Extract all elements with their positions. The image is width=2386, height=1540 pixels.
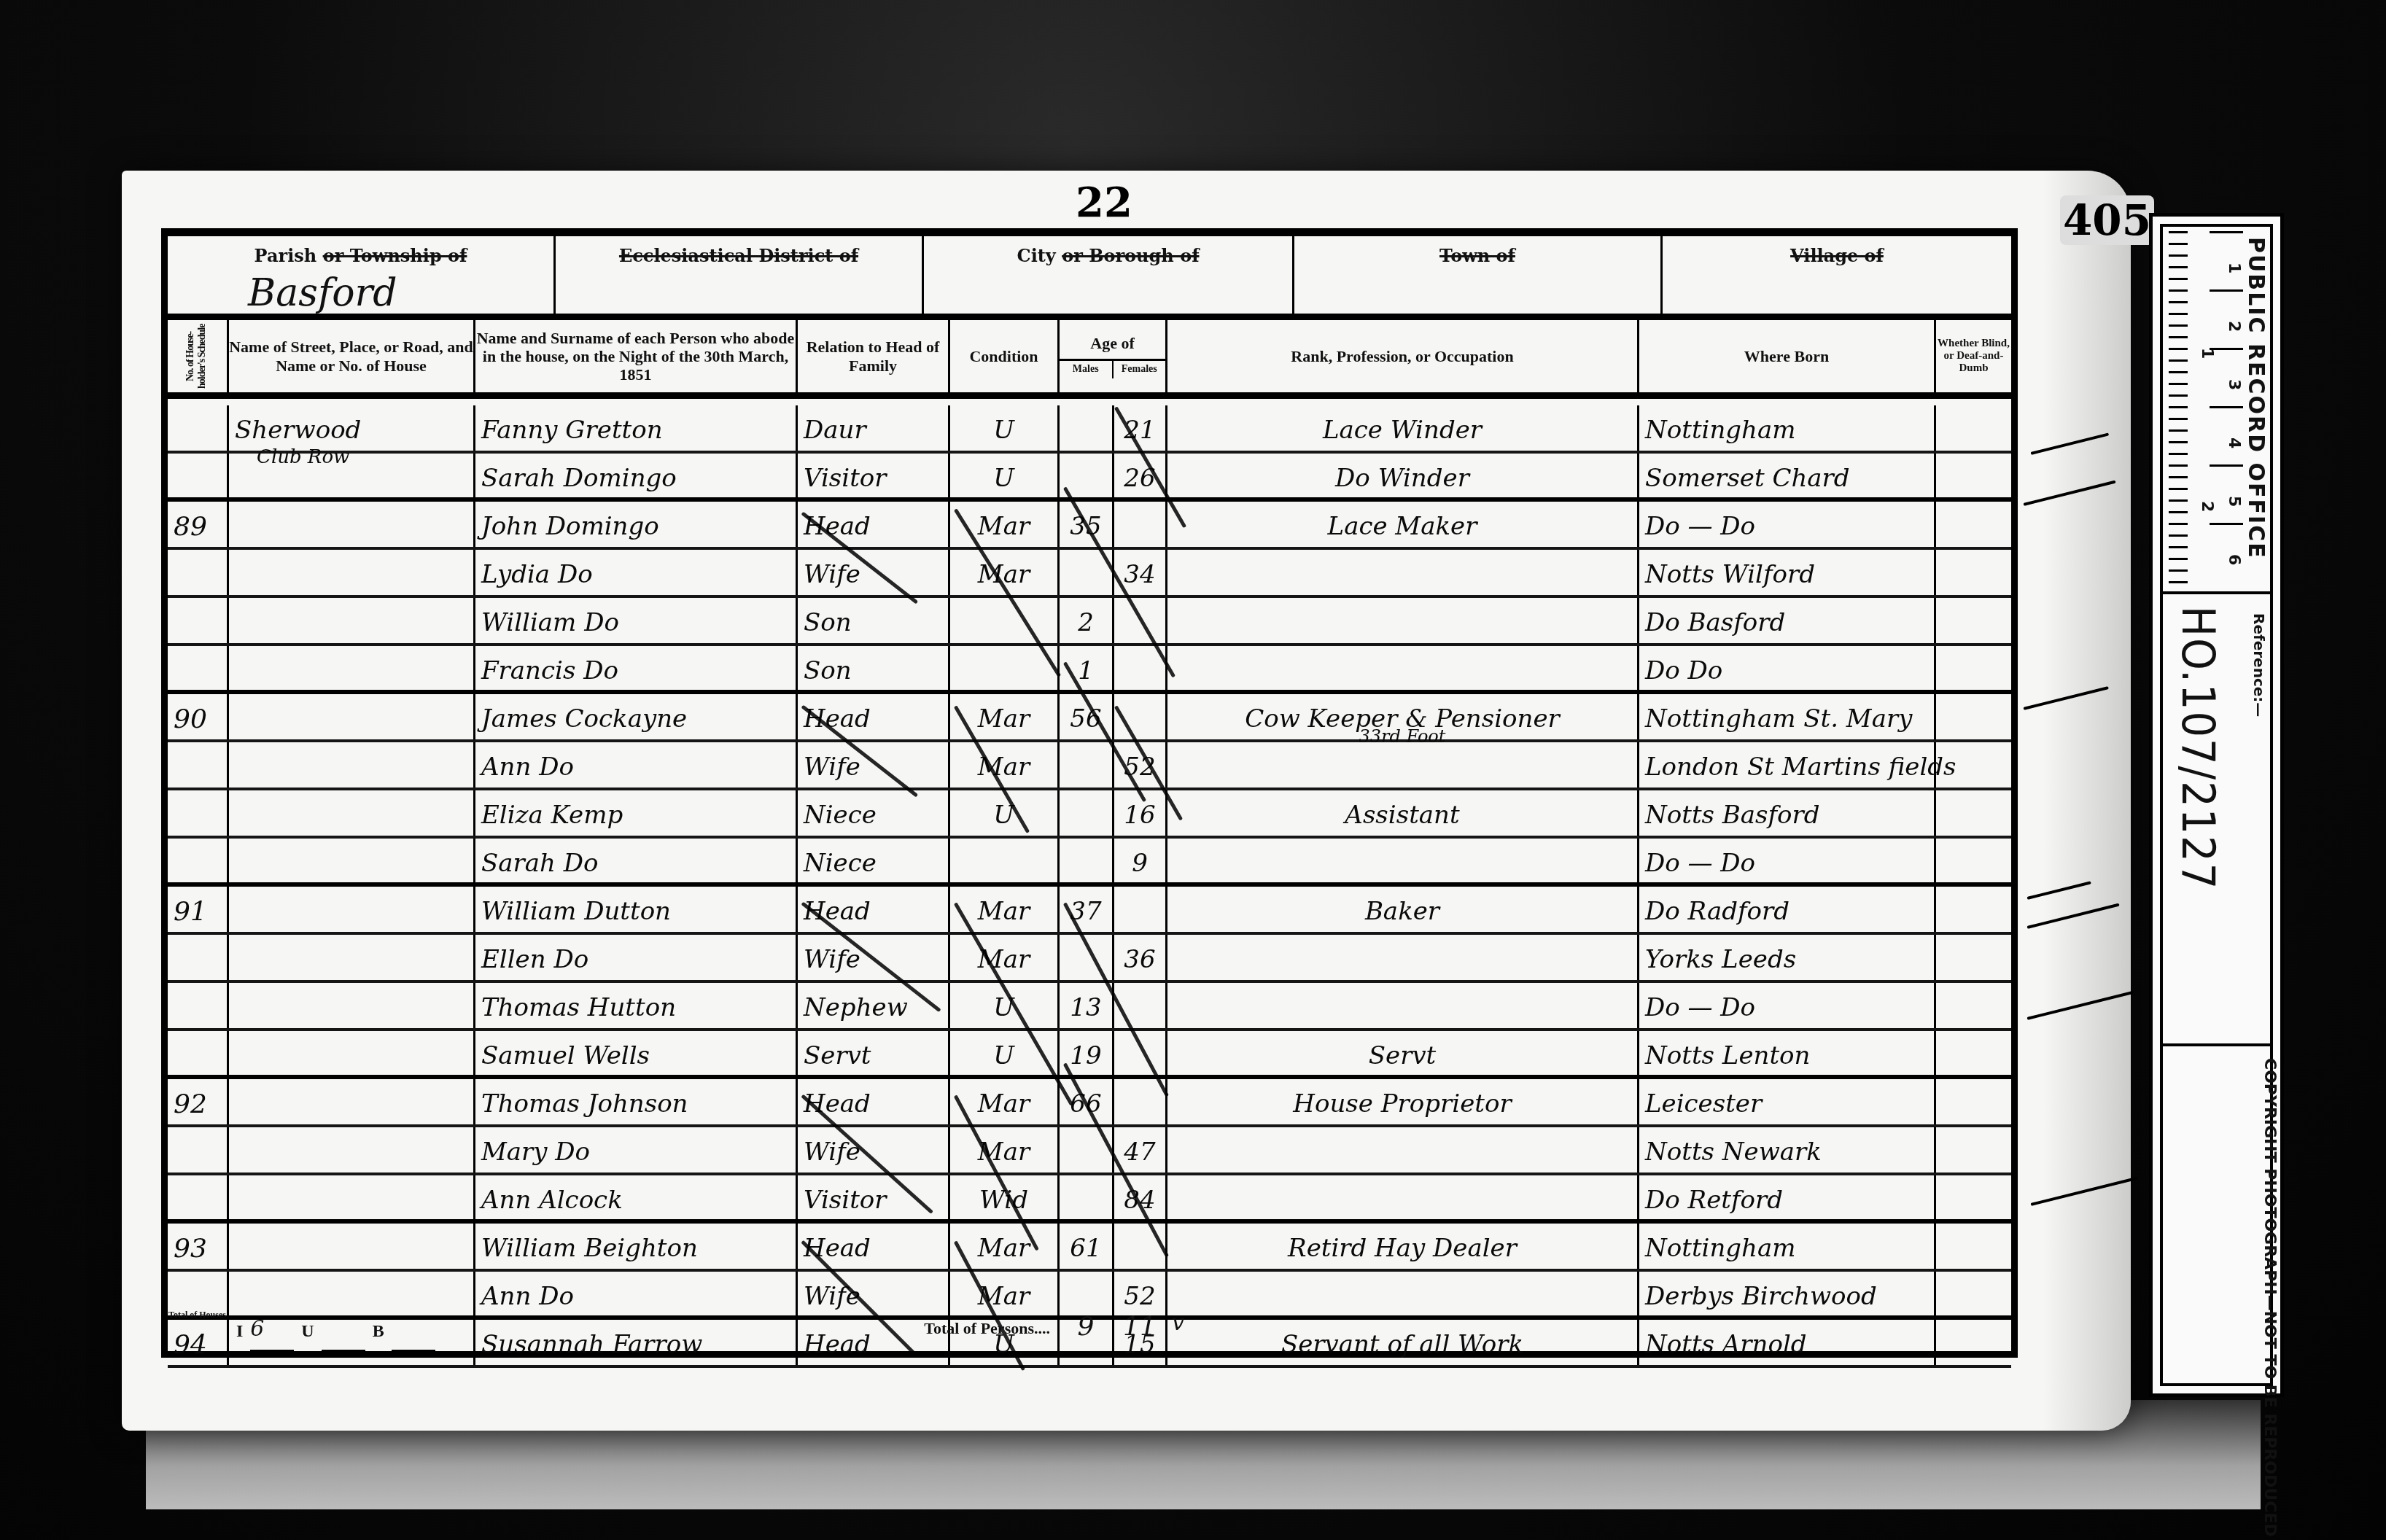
age-male: [1060, 1127, 1114, 1172]
schedule-number: [168, 839, 229, 882]
blind-deaf: [1936, 790, 2011, 836]
schedule-number: 92: [168, 1079, 229, 1124]
schedule-number: 91: [168, 887, 229, 932]
person-name: William Do: [475, 598, 798, 643]
uninhabited-letter: U: [301, 1322, 314, 1351]
census-row: Sarah DoNiece9Do — Do: [168, 839, 2011, 887]
header-relation: Relation to Head of Family: [798, 320, 950, 392]
schedule-number: [168, 405, 229, 451]
ecclesiastical-district-cell: Ecclesiastical District of: [556, 236, 924, 314]
street-address: [229, 550, 475, 595]
folio-stamp: 405: [2060, 195, 2154, 245]
schedule-number: [168, 598, 229, 643]
person-name: Francis Do: [475, 646, 798, 690]
person-name: Ann Do: [475, 742, 798, 787]
street-address: [229, 790, 475, 836]
header-blind-deaf: Whether Blind, or Deaf-and-Dumb: [1936, 320, 2011, 392]
blind-deaf: [1936, 1079, 2011, 1124]
schedule-number: [168, 1127, 229, 1172]
age-male: [1060, 742, 1114, 787]
occupation: [1167, 983, 1639, 1028]
census-row: Francis DoSon1Do Do: [168, 646, 2011, 694]
totals-row: Total of Houses I6 U B Total of Persons.…: [168, 1306, 2011, 1351]
relation-to-head: Daur: [798, 405, 950, 451]
street-address: [229, 646, 475, 690]
uninhabited-count: [322, 1322, 365, 1351]
relation-to-head: Head: [798, 1079, 950, 1124]
occupation: Lace Winder: [1167, 405, 1639, 451]
occupation: Baker: [1167, 887, 1639, 932]
village-cell: Village of: [1663, 236, 2011, 314]
census-row: 92Thomas JohnsonHeadMar66House Proprieto…: [168, 1079, 2011, 1127]
age-male: [1060, 839, 1114, 882]
person-name: Ann Alcock: [475, 1175, 798, 1219]
marital-condition: Mar: [950, 742, 1060, 787]
occupation: [1167, 742, 1639, 787]
street-address: [229, 1079, 475, 1124]
total-females: 11: [1114, 1306, 1167, 1351]
blind-deaf: [1936, 983, 2011, 1028]
header-condition: Condition: [950, 320, 1060, 392]
relation-to-head: Wife: [798, 550, 950, 595]
total-persons-label: Total of Persons....: [475, 1306, 1060, 1351]
column-headers: No. of House-holder's Schedule Name of S…: [168, 320, 2011, 399]
person-name: Fanny Gretton: [475, 405, 798, 451]
age-female: [1114, 983, 1167, 1028]
census-row: 91William DuttonHeadMar37BakerDo Radford: [168, 887, 2011, 935]
person-name: Sarah Domingo: [475, 454, 798, 497]
census-row: Lydia DoWifeMar34Notts Wilford: [168, 550, 2011, 598]
occupation: [1167, 646, 1639, 690]
birthplace: Notts Lenton: [1639, 1031, 1936, 1075]
relation-to-head: Nephew: [798, 983, 950, 1028]
birthplace: Nottingham: [1639, 405, 1936, 451]
building-count: [392, 1322, 435, 1351]
occupation: Lace Maker: [1167, 502, 1639, 547]
census-row: William DoSon2Do Basford: [168, 598, 2011, 646]
age-female: 9: [1114, 839, 1167, 882]
relation-to-head: Servt: [798, 1031, 950, 1075]
census-form: Parish or Township of Basford Ecclesiast…: [161, 228, 2018, 1358]
age-female: 21: [1114, 405, 1167, 451]
census-row: 89John DomingoHeadMar35Lace MakerDo — Do: [168, 502, 2011, 550]
person-name: Sarah Do: [475, 839, 798, 882]
relation-to-head: Head: [798, 887, 950, 932]
person-name: John Domingo: [475, 502, 798, 547]
blind-deaf: [1936, 598, 2011, 643]
house-counts: I6 U B: [229, 1306, 475, 1351]
birthplace: Somerset Chard: [1639, 454, 1936, 497]
schedule-number: [168, 935, 229, 980]
relation-to-head: Head: [798, 694, 950, 739]
birthplace: London St Martins fields: [1639, 742, 1936, 787]
street-address: [229, 694, 475, 739]
blind-deaf: [1936, 1031, 2011, 1075]
age-female: 84: [1114, 1175, 1167, 1219]
header-age-females: Females: [1114, 361, 1166, 378]
street-address: [229, 887, 475, 932]
street-address: SherwoodClub Row: [229, 405, 475, 451]
occupation: [1167, 598, 1639, 643]
occupation: Cow Keeper & Pensioner33rd Foot: [1167, 694, 1639, 739]
ruler-ticks: [2169, 231, 2188, 588]
person-name: Ellen Do: [475, 935, 798, 980]
building-letter: B: [373, 1322, 384, 1351]
header-street: Name of Street, Place, or Road, and Name…: [229, 320, 475, 392]
age-female: [1114, 502, 1167, 547]
town-label: Town of: [1439, 245, 1515, 266]
total-check-mark: v: [1167, 1306, 1211, 1351]
schedule-number: [168, 983, 229, 1028]
street-address: [229, 1175, 475, 1219]
census-row: Ellen DoWifeMar36Yorks Leeds: [168, 935, 2011, 983]
age-female: [1114, 1031, 1167, 1075]
schedule-number: [168, 550, 229, 595]
census-entries: SherwoodClub RowFanny GrettonDaurU21Lace…: [168, 405, 2011, 1368]
blind-deaf: [1936, 454, 2011, 497]
street-address: [229, 454, 475, 497]
census-row: Samuel WellsServtU19ServtNotts Lenton: [168, 1031, 2011, 1079]
town-cell: Town of: [1294, 236, 1663, 314]
blind-deaf: [1936, 502, 2011, 547]
schedule-number: 89: [168, 502, 229, 547]
blind-deaf: [1936, 646, 2011, 690]
city-borough-cell: City or Borough of: [924, 236, 1294, 314]
street-address: [229, 742, 475, 787]
birthplace: Notts Newark: [1639, 1127, 1936, 1172]
census-row: SherwoodClub RowFanny GrettonDaurU21Lace…: [168, 405, 2011, 454]
copyright-notice: COPYRIGHT PHOTOGRAPH—NOT TO BE REPRODUCE…: [2170, 1058, 2280, 1401]
relation-to-head: Visitor: [798, 454, 950, 497]
blind-deaf: [1936, 935, 2011, 980]
schedule-number: [168, 790, 229, 836]
birthplace: Yorks Leeds: [1639, 935, 1936, 980]
ruler: 1 2 1 2 3 4 5 6: [2169, 231, 2242, 588]
occupation: [1167, 550, 1639, 595]
age-male: 2: [1060, 598, 1114, 643]
occupation: Assistant: [1167, 790, 1639, 836]
header-where-born: Where Born: [1639, 320, 1936, 392]
blind-deaf: [1936, 550, 2011, 595]
age-male: [1060, 1175, 1114, 1219]
city-label: City: [1017, 245, 1062, 266]
age-male: [1060, 405, 1114, 451]
occupation: Retird Hay Dealer: [1167, 1224, 1639, 1269]
census-row: Ann AlcockVisitorWid84Do Retford: [168, 1175, 2011, 1224]
person-name: James Cockayne: [475, 694, 798, 739]
person-name: Eliza Kemp: [475, 790, 798, 836]
inhabited-letter: I: [236, 1322, 243, 1351]
page-number: 22: [1076, 179, 1132, 227]
reference-label: Reference:—: [2250, 613, 2268, 717]
birthplace: Do — Do: [1639, 502, 1936, 547]
person-name: William Dutton: [475, 887, 798, 932]
occupation: Do Winder: [1167, 454, 1639, 497]
parish-label: Parish or Township of: [168, 236, 553, 266]
birthplace: Notts Wilford: [1639, 550, 1936, 595]
age-female: [1114, 887, 1167, 932]
blind-deaf: [1936, 1175, 2011, 1219]
relation-to-head: Head: [798, 502, 950, 547]
total-houses-label: Total of Houses: [168, 1306, 229, 1351]
age-male: [1060, 790, 1114, 836]
marital-condition: [950, 598, 1060, 643]
birthplace: Do — Do: [1639, 839, 1936, 882]
blind-deaf: [1936, 1127, 2011, 1172]
street-address: [229, 935, 475, 980]
age-female: 26: [1114, 454, 1167, 497]
relation-to-head: Visitor: [798, 1175, 950, 1219]
relation-to-head: Son: [798, 646, 950, 690]
census-row: 93William BeightonHeadMar61Retird Hay De…: [168, 1224, 2011, 1272]
birthplace: Do Retford: [1639, 1175, 1936, 1219]
district-header: Parish or Township of Basford Ecclesiast…: [168, 236, 2011, 320]
relation-to-head: Niece: [798, 790, 950, 836]
street-address: [229, 1127, 475, 1172]
occupation: [1167, 1127, 1639, 1172]
person-name: Thomas Hutton: [475, 983, 798, 1028]
header-age: Age of MalesFemales: [1060, 320, 1167, 392]
age-male: 13: [1060, 983, 1114, 1028]
relation-to-head: Niece: [798, 839, 950, 882]
blind-deaf: [1936, 694, 2011, 739]
occupation: [1167, 1175, 1639, 1219]
street-address: [229, 598, 475, 643]
birthplace: Nottingham: [1639, 1224, 1936, 1269]
ecclesiastical-district-label: Ecclesiastical District of: [619, 245, 858, 266]
blind-deaf: [1936, 405, 2011, 451]
census-row: Mary DoWifeMar47Notts Newark: [168, 1127, 2011, 1175]
village-label: Village of: [1790, 245, 1884, 266]
birthplace: Leicester: [1639, 1079, 1936, 1124]
pro-title: PUBLIC RECORD OFFICE: [2243, 237, 2269, 559]
census-row: Eliza KempNieceU16AssistantNotts Basford: [168, 790, 2011, 839]
age-female: 47: [1114, 1127, 1167, 1172]
census-row: Sarah DomingoVisitorU26Do WinderSomerset…: [168, 454, 2011, 502]
schedule-number: [168, 454, 229, 497]
birthplace: Notts Basford: [1639, 790, 1936, 836]
street-address: [229, 502, 475, 547]
schedule-number: [168, 742, 229, 787]
blind-deaf: [1936, 839, 2011, 882]
reference-number: HO.107/2127: [2172, 606, 2225, 890]
age-female: 36: [1114, 935, 1167, 980]
parish-value: Basford: [248, 271, 397, 315]
schedule-number: [168, 1175, 229, 1219]
occupation: Servt: [1167, 1031, 1639, 1075]
total-males: 9: [1060, 1306, 1114, 1351]
public-record-office-label: 1 2 1 2 3 4 5 6 PUBLIC RECORD OFFICE Ref…: [2149, 213, 2284, 1397]
census-row: Ann DoWifeMar52London St Martins fields: [168, 742, 2011, 790]
schedule-number: 93: [168, 1224, 229, 1269]
blind-deaf: [1936, 1224, 2011, 1269]
street-address: [229, 839, 475, 882]
occupation: [1167, 839, 1639, 882]
marital-condition: U: [950, 405, 1060, 451]
birthplace: Nottingham St. Mary: [1639, 694, 1936, 739]
birthplace: Do Do: [1639, 646, 1936, 690]
person-name: William Beighton: [475, 1224, 798, 1269]
relation-to-head: Son: [798, 598, 950, 643]
blind-deaf: [1936, 887, 2011, 932]
marital-condition: U: [950, 454, 1060, 497]
blind-deaf: [1936, 742, 2011, 787]
census-row: Thomas HuttonNephewU13Do — Do: [168, 983, 2011, 1031]
marital-condition: Wid: [950, 1175, 1060, 1219]
marital-condition: Mar: [950, 694, 1060, 739]
marital-condition: [950, 839, 1060, 882]
marital-condition: U: [950, 790, 1060, 836]
occupation: [1167, 935, 1639, 980]
schedule-number: [168, 1031, 229, 1075]
street-address: [229, 983, 475, 1028]
marital-condition: Mar: [950, 935, 1060, 980]
birthplace: Do — Do: [1639, 983, 1936, 1028]
person-name: Mary Do: [475, 1127, 798, 1172]
person-name: Thomas Johnson: [475, 1079, 798, 1124]
age-male: 61: [1060, 1224, 1114, 1269]
street-address: [229, 1224, 475, 1269]
birthplace: Do Radford: [1639, 887, 1936, 932]
schedule-number: [168, 646, 229, 690]
street-address: [229, 1031, 475, 1075]
person-name: Lydia Do: [475, 550, 798, 595]
schedule-number: 90: [168, 694, 229, 739]
header-schedule-no: No. of House-holder's Schedule: [168, 320, 229, 392]
person-name: Samuel Wells: [475, 1031, 798, 1075]
header-age-males: Males: [1060, 361, 1114, 378]
inhabited-count: 6: [250, 1322, 294, 1351]
header-occupation: Rank, Profession, or Occupation: [1167, 320, 1639, 392]
occupation: House Proprietor: [1167, 1079, 1639, 1124]
header-name: Name and Surname of each Person who abod…: [475, 320, 798, 392]
parish-cell: Parish or Township of Basford: [168, 236, 556, 314]
birthplace: Do Basford: [1639, 598, 1936, 643]
marital-condition: Mar: [950, 1127, 1060, 1172]
relation-to-head: Wife: [798, 1127, 950, 1172]
